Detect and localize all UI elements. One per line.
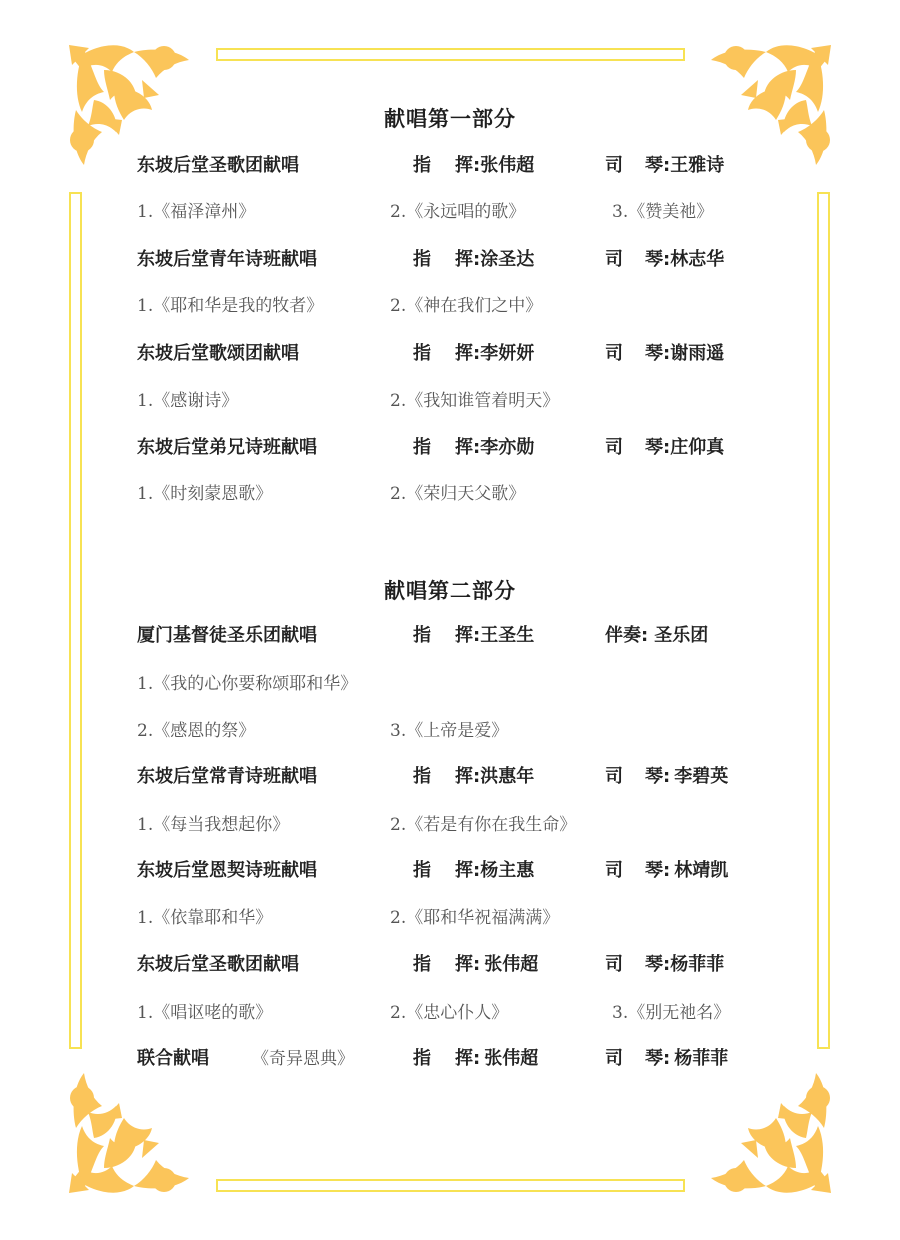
conductor-name: 洪惠年: [480, 766, 534, 787]
conductor-label: 指: [413, 763, 431, 791]
song-item: 3.《上帝是爱》: [390, 717, 508, 745]
accompanist-label-2: 琴:: [645, 1048, 670, 1069]
group-name: 东坡后堂歌颂团献唱: [137, 340, 299, 368]
song-item: 2.《若是有你在我生命》: [390, 811, 576, 839]
song-item: 2.《忠心仆人》: [390, 999, 508, 1027]
song-item: 1.《唱讴咾的歌》: [137, 999, 272, 1027]
conductor-name: 李妍妍: [480, 343, 534, 364]
conductor-label: 挥:李亦勋: [455, 434, 534, 462]
section-1-title: 献唱第一部分: [0, 103, 900, 133]
song-item: 《奇异恩典》: [252, 1045, 354, 1073]
group-name: 东坡后堂青年诗班献唱: [137, 246, 317, 274]
song-item: 2.《感恩的祭》: [137, 717, 255, 745]
conductor-label: 挥:李妍妍: [455, 340, 534, 368]
accompanist-label-2: 琴:: [645, 437, 670, 458]
song-item: 1.《福泽漳州》: [137, 198, 255, 226]
frame-bottom-bar: [216, 1179, 685, 1192]
accompanist: 琴:杨菲菲: [645, 1045, 728, 1073]
conductor-label: 挥:张伟超: [455, 951, 538, 979]
accompanist: 琴:林靖凯: [645, 857, 728, 885]
group-header: 东坡后堂常青诗班献唱 指 挥:洪惠年 司 琴:李碧英: [0, 763, 900, 791]
accompanist-name: 杨菲菲: [674, 1048, 728, 1069]
song-item: 1.《依靠耶和华》: [137, 904, 272, 932]
conductor-label: 挥:张伟超: [455, 152, 534, 180]
song-item: 2.《神在我们之中》: [390, 292, 542, 320]
song-item: 2.《耶和华祝福满满》: [390, 904, 559, 932]
conductor-label: 挥:王圣生: [455, 622, 534, 650]
accompanist-label-2: 琴:: [645, 343, 670, 364]
accompanist: 琴:李碧英: [645, 763, 728, 791]
conductor-label: 挥:涂圣达: [455, 246, 534, 274]
song-item: 1.《感谢诗》: [137, 387, 238, 415]
section-2-title: 献唱第二部分: [0, 575, 900, 605]
accompanist-label-2: 琴:: [645, 766, 670, 787]
accompanist-name: 庄仰真: [670, 437, 724, 458]
conductor-label: 挥:张伟超: [455, 1045, 538, 1073]
group-name: 东坡后堂圣歌团献唱: [137, 152, 299, 180]
group-header: 联合献唱 《奇异恩典》 指 挥:张伟超 司 琴:杨菲菲: [0, 1045, 900, 1073]
group-name: 东坡后堂恩契诗班献唱: [137, 857, 317, 885]
group-name: 东坡后堂弟兄诗班献唱: [137, 434, 317, 462]
accompanist-name: 林志华: [670, 249, 724, 270]
conductor-label: 指: [413, 857, 431, 885]
accompanist-name: 林靖凯: [674, 860, 728, 881]
conductor-name: 杨主惠: [480, 860, 534, 881]
song-item: 2.《永远唱的歌》: [390, 198, 525, 226]
accompanist-label: 司: [605, 340, 623, 368]
accompanist-name: 王雅诗: [670, 155, 724, 176]
conductor-label-2: 挥:: [455, 249, 480, 270]
accompanist: 琴:庄仰真: [645, 434, 724, 462]
group-name: 东坡后堂常青诗班献唱: [137, 763, 317, 791]
conductor-label: 指: [413, 152, 431, 180]
ornament-bottom-right-icon: [696, 1058, 836, 1198]
song-list: 1.《每当我想起你》 2.《若是有你在我生命》: [0, 811, 900, 839]
song-item: 1.《我的心你要称颂耶和华》: [137, 670, 357, 698]
conductor-label: 指: [413, 1045, 431, 1073]
accompanist-label: 司: [605, 246, 623, 274]
conductor-name: 涂圣达: [480, 249, 534, 270]
accompanist-name: 谢雨遥: [670, 343, 724, 364]
conductor-name: 李亦勋: [480, 437, 534, 458]
ornament-bottom-left-icon: [64, 1058, 204, 1198]
group-name: 联合献唱: [137, 1045, 209, 1073]
song-list: 1.《福泽漳州》 2.《永远唱的歌》 3.《赞美祂》: [0, 198, 900, 226]
accompanist: 琴:杨菲菲: [645, 951, 724, 979]
accompanist-label: 司: [605, 434, 623, 462]
accompanist: 琴:谢雨遥: [645, 340, 724, 368]
accompanist-label-2: 琴:: [645, 860, 670, 881]
conductor-name: 张伟超: [480, 155, 534, 176]
accompanist-label: 司: [605, 857, 623, 885]
conductor-label: 挥:杨主惠: [455, 857, 534, 885]
group-header: 东坡后堂圣歌团献唱 指 挥:张伟超 司 琴:王雅诗: [0, 152, 900, 180]
accompanist-label: 司: [605, 951, 623, 979]
conductor-label-2: 挥:: [455, 437, 480, 458]
group-header: 东坡后堂恩契诗班献唱 指 挥:杨主惠 司 琴:林靖凯: [0, 857, 900, 885]
group-header: 东坡后堂圣歌团献唱 指 挥:张伟超 司 琴:杨菲菲: [0, 951, 900, 979]
group-header: 厦门基督徒圣乐团献唱 指 挥:王圣生 伴奏:圣乐团: [0, 622, 900, 650]
conductor-label-2: 挥:: [455, 954, 480, 975]
conductor-label-2: 挥:: [455, 766, 480, 787]
song-item: 3.《别无祂名》: [612, 999, 730, 1027]
conductor-label: 挥:洪惠年: [455, 763, 534, 791]
accompanist: 琴:林志华: [645, 246, 724, 274]
conductor-label-2: 挥:: [455, 155, 480, 176]
conductor-name: 张伟超: [484, 954, 538, 975]
accompanist-label: 司: [605, 763, 623, 791]
group-name: 厦门基督徒圣乐团献唱: [137, 622, 317, 650]
conductor-label: 指: [413, 951, 431, 979]
conductor-label-2: 挥:: [455, 1048, 480, 1069]
song-item: 1.《时刻蒙恩歌》: [137, 480, 272, 508]
accompanist-label: 司: [605, 1045, 623, 1073]
conductor-label: 指: [413, 340, 431, 368]
song-list: 1.《感谢诗》 2.《我知谁管着明天》: [0, 387, 900, 415]
accompanist-label-2: 琴:: [645, 155, 670, 176]
song-item: 1.《每当我想起你》: [137, 811, 289, 839]
accompanist: 琴:王雅诗: [645, 152, 724, 180]
accompanist-label-2: 琴:: [645, 954, 670, 975]
song-list: 1.《耶和华是我的牧者》 2.《神在我们之中》: [0, 292, 900, 320]
frame-top-bar: [216, 48, 685, 61]
song-list: 1.《我的心你要称颂耶和华》: [0, 670, 900, 698]
accompaniment: 伴奏:圣乐团: [605, 622, 708, 650]
song-list: 1.《唱讴咾的歌》 2.《忠心仆人》 3.《别无祂名》: [0, 999, 900, 1027]
group-header: 东坡后堂青年诗班献唱 指 挥:涂圣达 司 琴:林志华: [0, 246, 900, 274]
group-name: 东坡后堂圣歌团献唱: [137, 951, 299, 979]
accompaniment-name: 圣乐团: [654, 625, 708, 646]
accompanist-name: 李碧英: [674, 766, 728, 787]
song-list: 2.《感恩的祭》 3.《上帝是爱》: [0, 717, 900, 745]
song-item: 1.《耶和华是我的牧者》: [137, 292, 323, 320]
conductor-name: 张伟超: [484, 1048, 538, 1069]
accompaniment-label: 伴奏:: [605, 625, 648, 646]
song-item: 3.《赞美祂》: [612, 198, 713, 226]
conductor-label-2: 挥:: [455, 343, 480, 364]
group-header: 东坡后堂弟兄诗班献唱 指 挥:李亦勋 司 琴:庄仰真: [0, 434, 900, 462]
conductor-label-2: 挥:: [455, 625, 480, 646]
accompanist-label: 司: [605, 152, 623, 180]
song-item: 2.《荣归天父歌》: [390, 480, 525, 508]
conductor-label: 指: [413, 622, 431, 650]
conductor-label: 指: [413, 434, 431, 462]
song-list: 1.《依靠耶和华》 2.《耶和华祝福满满》: [0, 904, 900, 932]
conductor-label: 指: [413, 246, 431, 274]
conductor-name: 王圣生: [480, 625, 534, 646]
song-item: 2.《我知谁管着明天》: [390, 387, 559, 415]
accompanist-label-2: 琴:: [645, 249, 670, 270]
group-header: 东坡后堂歌颂团献唱 指 挥:李妍妍 司 琴:谢雨遥: [0, 340, 900, 368]
conductor-label-2: 挥:: [455, 860, 480, 881]
song-list: 1.《时刻蒙恩歌》 2.《荣归天父歌》: [0, 480, 900, 508]
accompanist-name: 杨菲菲: [670, 954, 724, 975]
